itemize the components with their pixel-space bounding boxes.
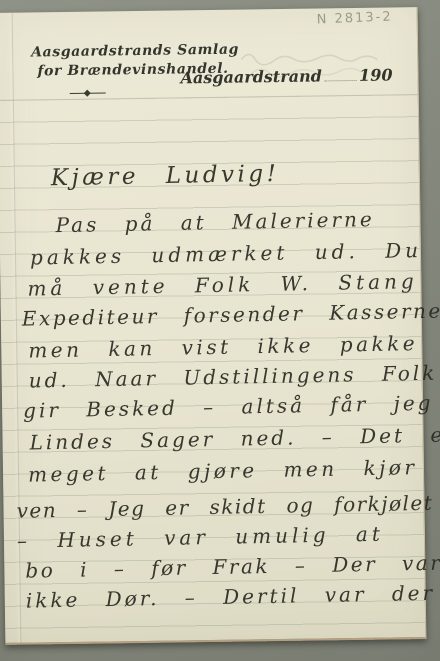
letter-line: må vente Folk W. Stang xyxy=(27,269,418,300)
letter-line: pakkes udmærket ud. Du xyxy=(30,238,422,270)
letter-page: Aasgaardstrands Samlag for Brændevinshan… xyxy=(0,7,426,645)
letter-line: men kan vist ikke pakke xyxy=(28,331,418,362)
letter-line: ud. Naar Udstillingens Folk xyxy=(29,361,438,393)
dash-diamond-ornament-icon xyxy=(70,90,106,96)
dateline: Aasgaardstrand 190 xyxy=(180,65,392,87)
letter-line: Lindes Sager ned. – Det er xyxy=(29,422,440,454)
letter-line: ikke Dør. – Dertil var der xyxy=(26,581,436,613)
photograph-of-letter: Aasgaardstrands Samlag for Brændevinshan… xyxy=(0,0,440,661)
dateline-place: Aasgaardstrand xyxy=(180,66,322,87)
letter-line: Pas på at Malerierne xyxy=(55,207,375,237)
letter-line: meget at gjøre men kjør xyxy=(28,455,418,486)
letter-salutation: Kjære Ludvig! xyxy=(51,161,280,191)
letter-line: ven – Jeg er skidt og forkjølet xyxy=(16,491,433,523)
dateline-year-prefix: 190 xyxy=(359,65,393,84)
dateline-dotted-leader xyxy=(325,66,356,81)
archival-number-note: N 2813-2 xyxy=(317,9,393,27)
letter-line: gir Besked – altså får jeg xyxy=(23,391,434,423)
letterhead-rule xyxy=(0,94,418,101)
letter-line: Expediteur forsender Kasserne xyxy=(22,299,440,331)
letter-line: bo i – før Frak – Der var jo xyxy=(25,550,440,583)
letter-line: – Huset var umulig at xyxy=(17,522,384,553)
